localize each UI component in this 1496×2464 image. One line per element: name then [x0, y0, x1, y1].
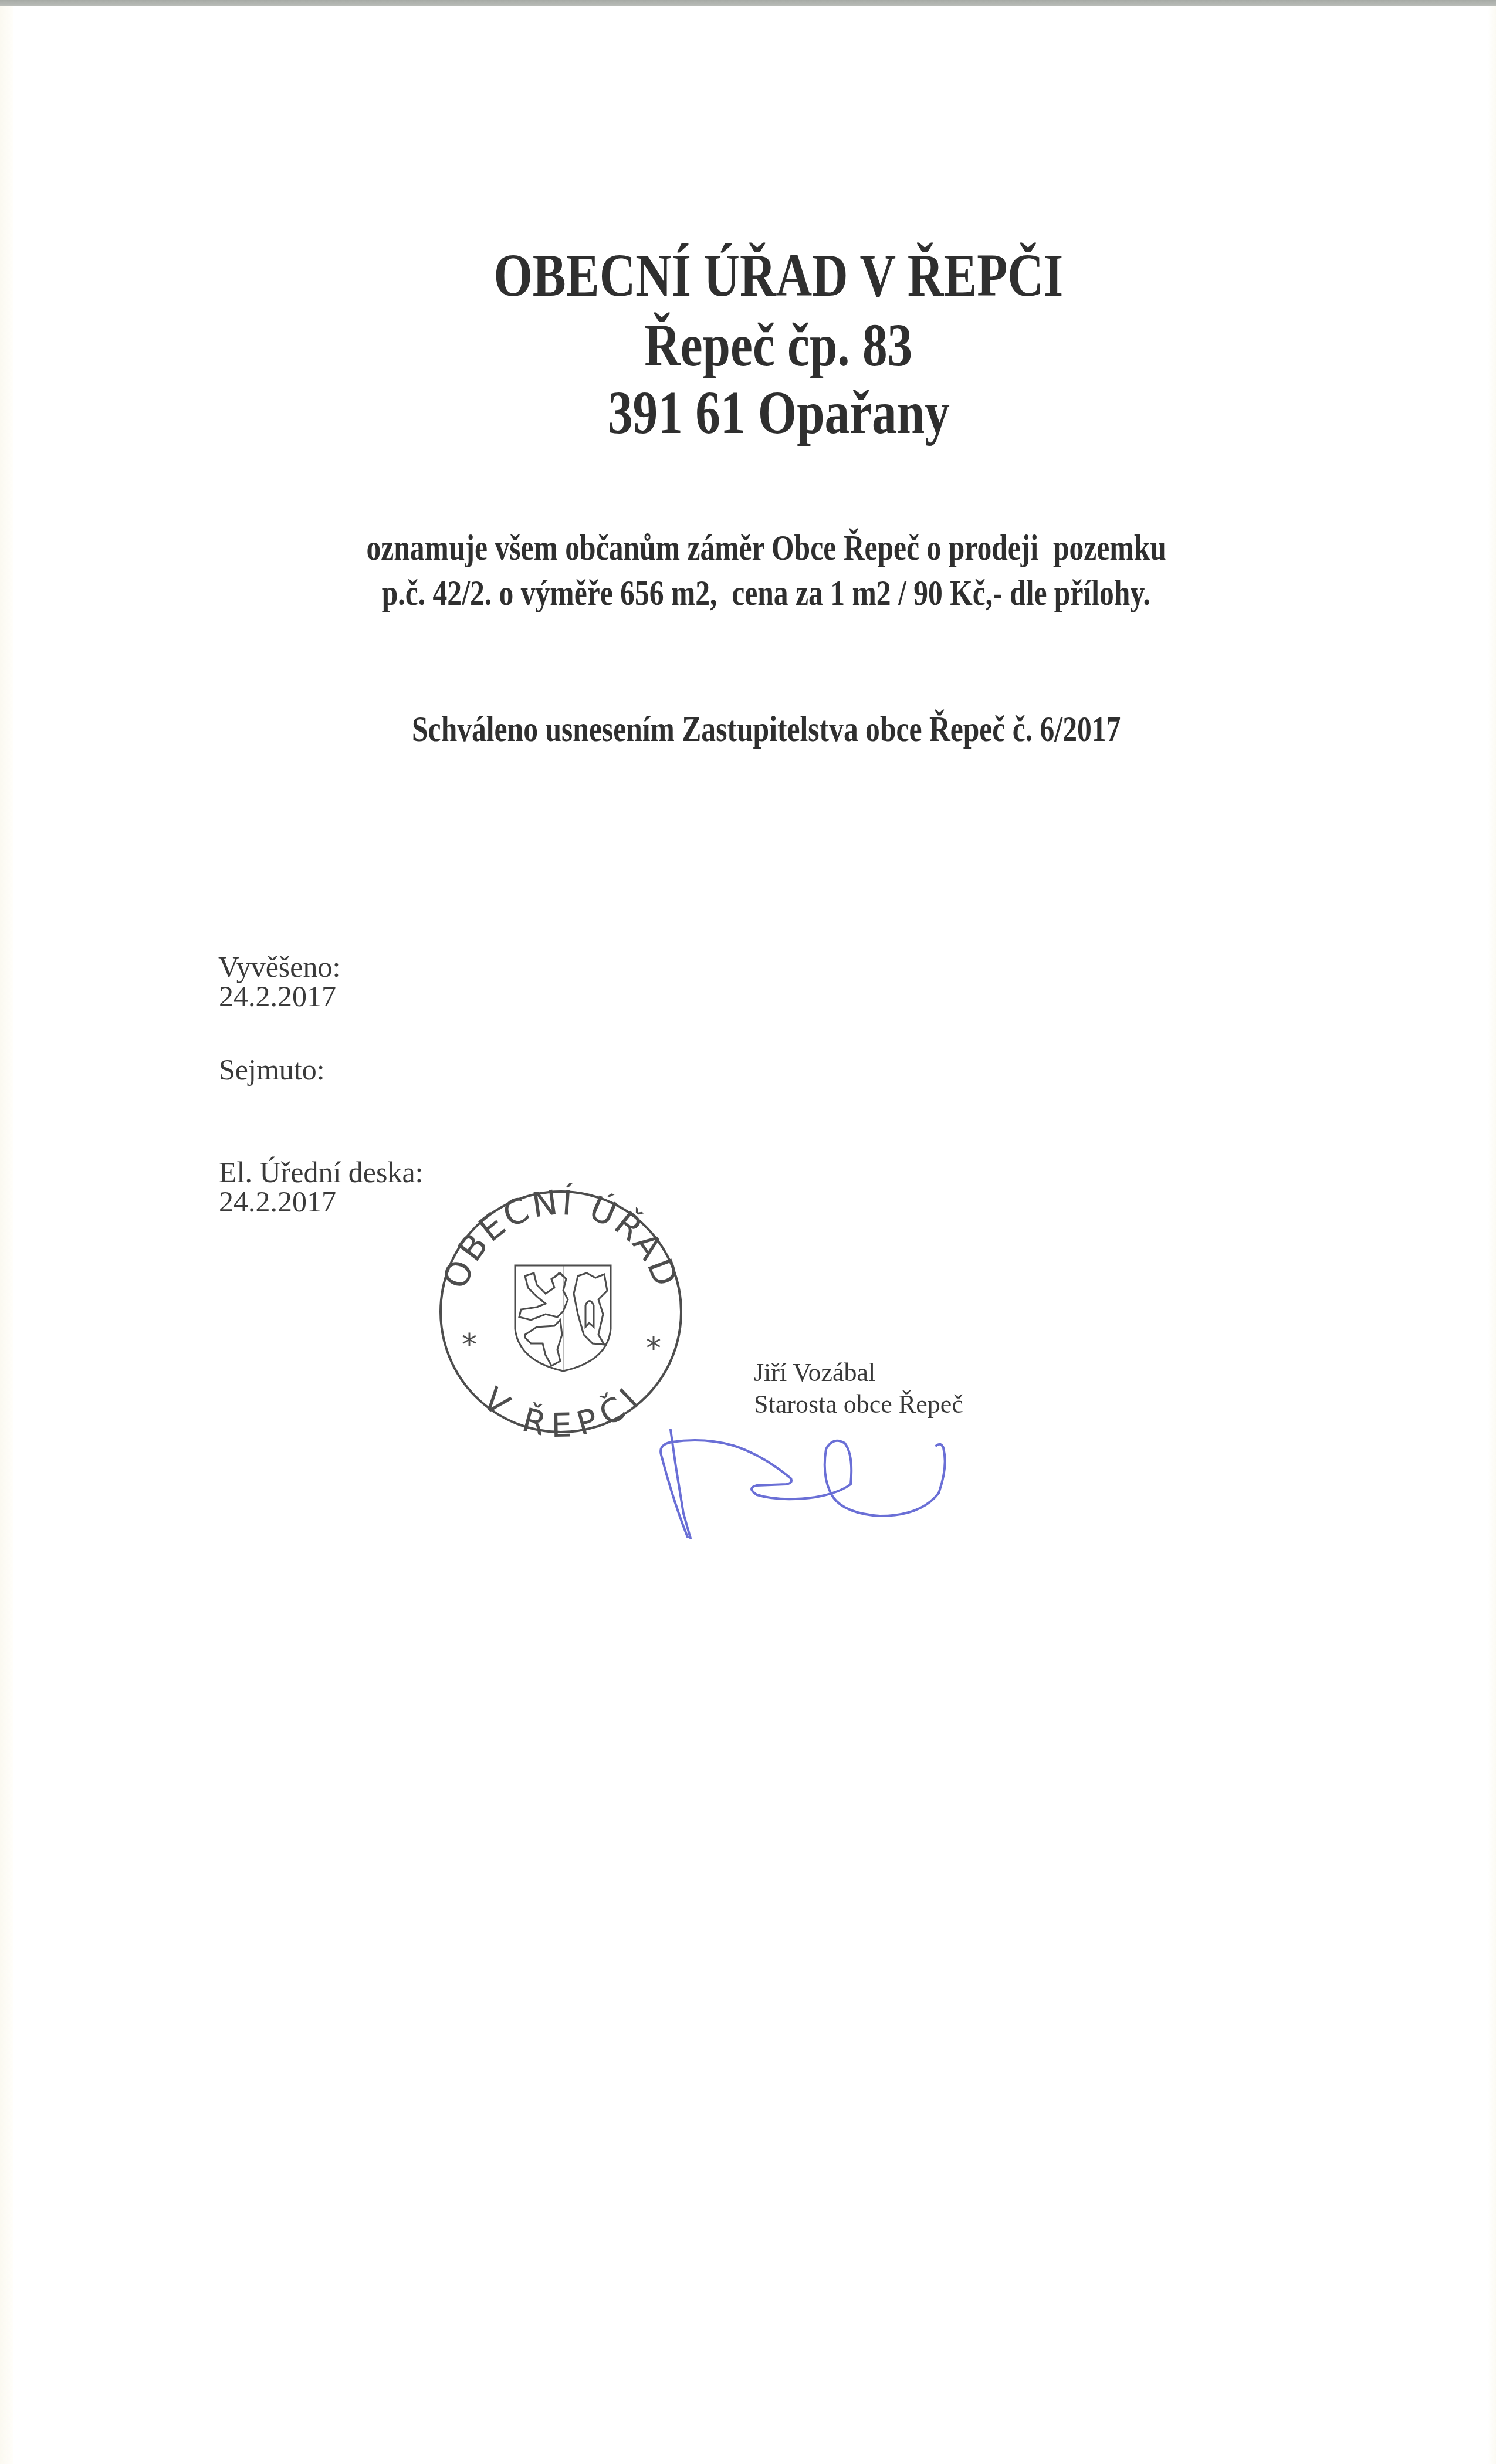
handwritten-signature	[0, 0, 1496, 2464]
document-page: OBECNÍ ÚŘAD V ŘEPČI Řepeč čp. 83 391 61 …	[0, 0, 1496, 2464]
